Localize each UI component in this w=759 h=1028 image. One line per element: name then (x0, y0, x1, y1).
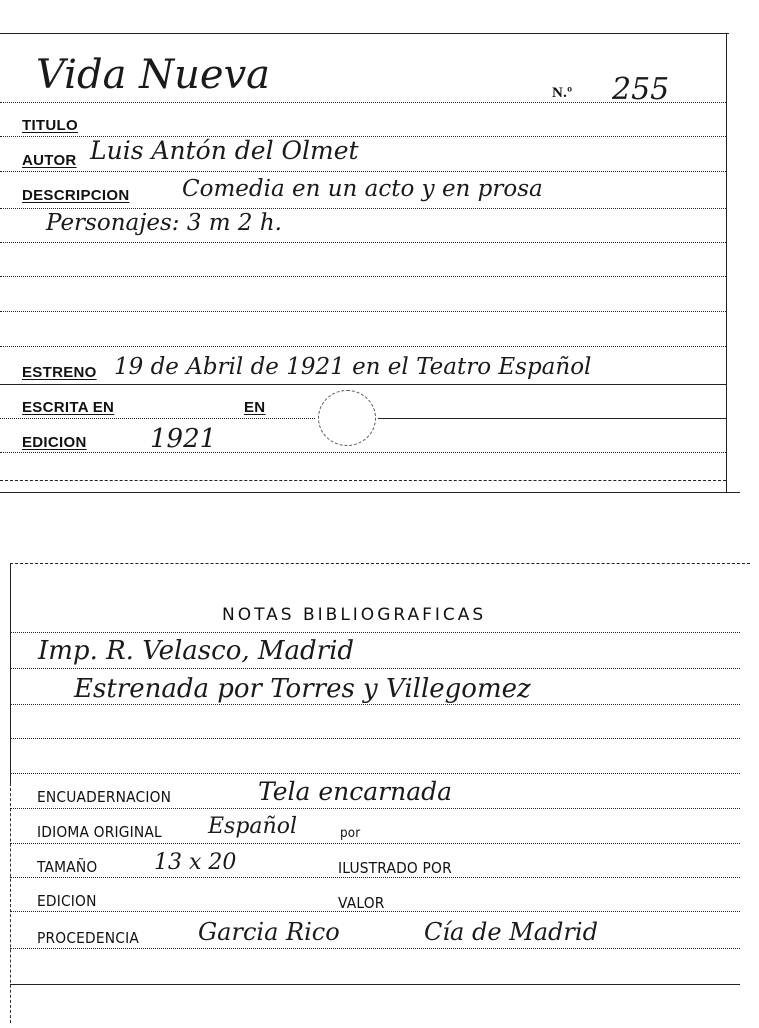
notes-line-2: Estrenada por Torres y Villegomez (74, 674, 531, 704)
rule (10, 877, 740, 878)
por-label: por (340, 826, 360, 841)
card-top-edge (10, 563, 750, 564)
procedencia-value-2: Cía de Madrid (424, 918, 598, 946)
procedencia-label: PROCEDENCIA (37, 929, 139, 947)
card-right-edge (726, 33, 727, 493)
rule (0, 276, 726, 277)
notes-line-1: Imp. R. Velasco, Madrid (38, 636, 354, 666)
titulo-label: TITULO (22, 117, 78, 134)
rule (10, 738, 740, 739)
rule (0, 452, 726, 453)
rule (378, 418, 726, 419)
valor-label: VALOR (338, 894, 385, 912)
rule (10, 773, 740, 774)
rule (0, 480, 726, 481)
idioma-value: Español (208, 814, 297, 839)
card-left-edge (10, 783, 11, 1023)
card-left-edge (10, 563, 11, 783)
rule (0, 208, 726, 209)
rule (10, 911, 740, 912)
title-value: Vida Nueva (36, 52, 270, 98)
en-label: EN (244, 399, 265, 416)
encuadernacion-value: Tela encarnada (258, 777, 452, 806)
tamano-label: TAMAÑO (37, 858, 97, 876)
rule (0, 171, 726, 172)
descripcion-label: DESCRIPCION (22, 187, 129, 204)
rule (0, 418, 315, 419)
descripcion-value: Comedia en un acto y en prosa (182, 176, 543, 202)
rule (10, 632, 740, 633)
edicion-label: EDICION (22, 434, 87, 451)
rule (0, 102, 726, 103)
rule (10, 668, 740, 669)
punch-hole-mark (318, 390, 376, 446)
autor-label: AUTOR (22, 152, 77, 169)
number-label: N.º (552, 85, 572, 102)
escrita-en-label: ESCRITA EN (22, 399, 114, 416)
rule (10, 948, 740, 949)
estreno-value: 19 de Abril de 1921 en el Teatro Español (114, 354, 591, 380)
rule (0, 384, 726, 385)
tamano-value: 13 x 20 (154, 850, 236, 875)
encuadernacion-label: ENCUADERNACION (37, 788, 171, 806)
card-top-edge (0, 33, 729, 34)
notas-heading: NOTAS BIBLIOGRAFICAS (222, 605, 486, 625)
ilustrado-label: ILUSTRADO POR (338, 859, 452, 877)
idioma-label: IDIOMA ORIGINAL (37, 823, 162, 841)
edicion-value: 1921 (150, 424, 216, 454)
rule (10, 808, 740, 809)
procedencia-value-1: Garcia Rico (198, 918, 340, 946)
rule (0, 311, 726, 312)
edicion-label-back: EDICION (37, 892, 97, 910)
descripcion-line2: Personajes: 3 m 2 h. (46, 210, 282, 236)
autor-value: Luis Antón del Olmet (90, 136, 359, 165)
rule (10, 984, 740, 985)
rule (10, 704, 740, 705)
rule (0, 242, 726, 243)
card-bottom-edge (0, 492, 740, 493)
rule (0, 346, 726, 347)
rule (10, 843, 740, 844)
estreno-label: ESTRENO (22, 364, 97, 381)
